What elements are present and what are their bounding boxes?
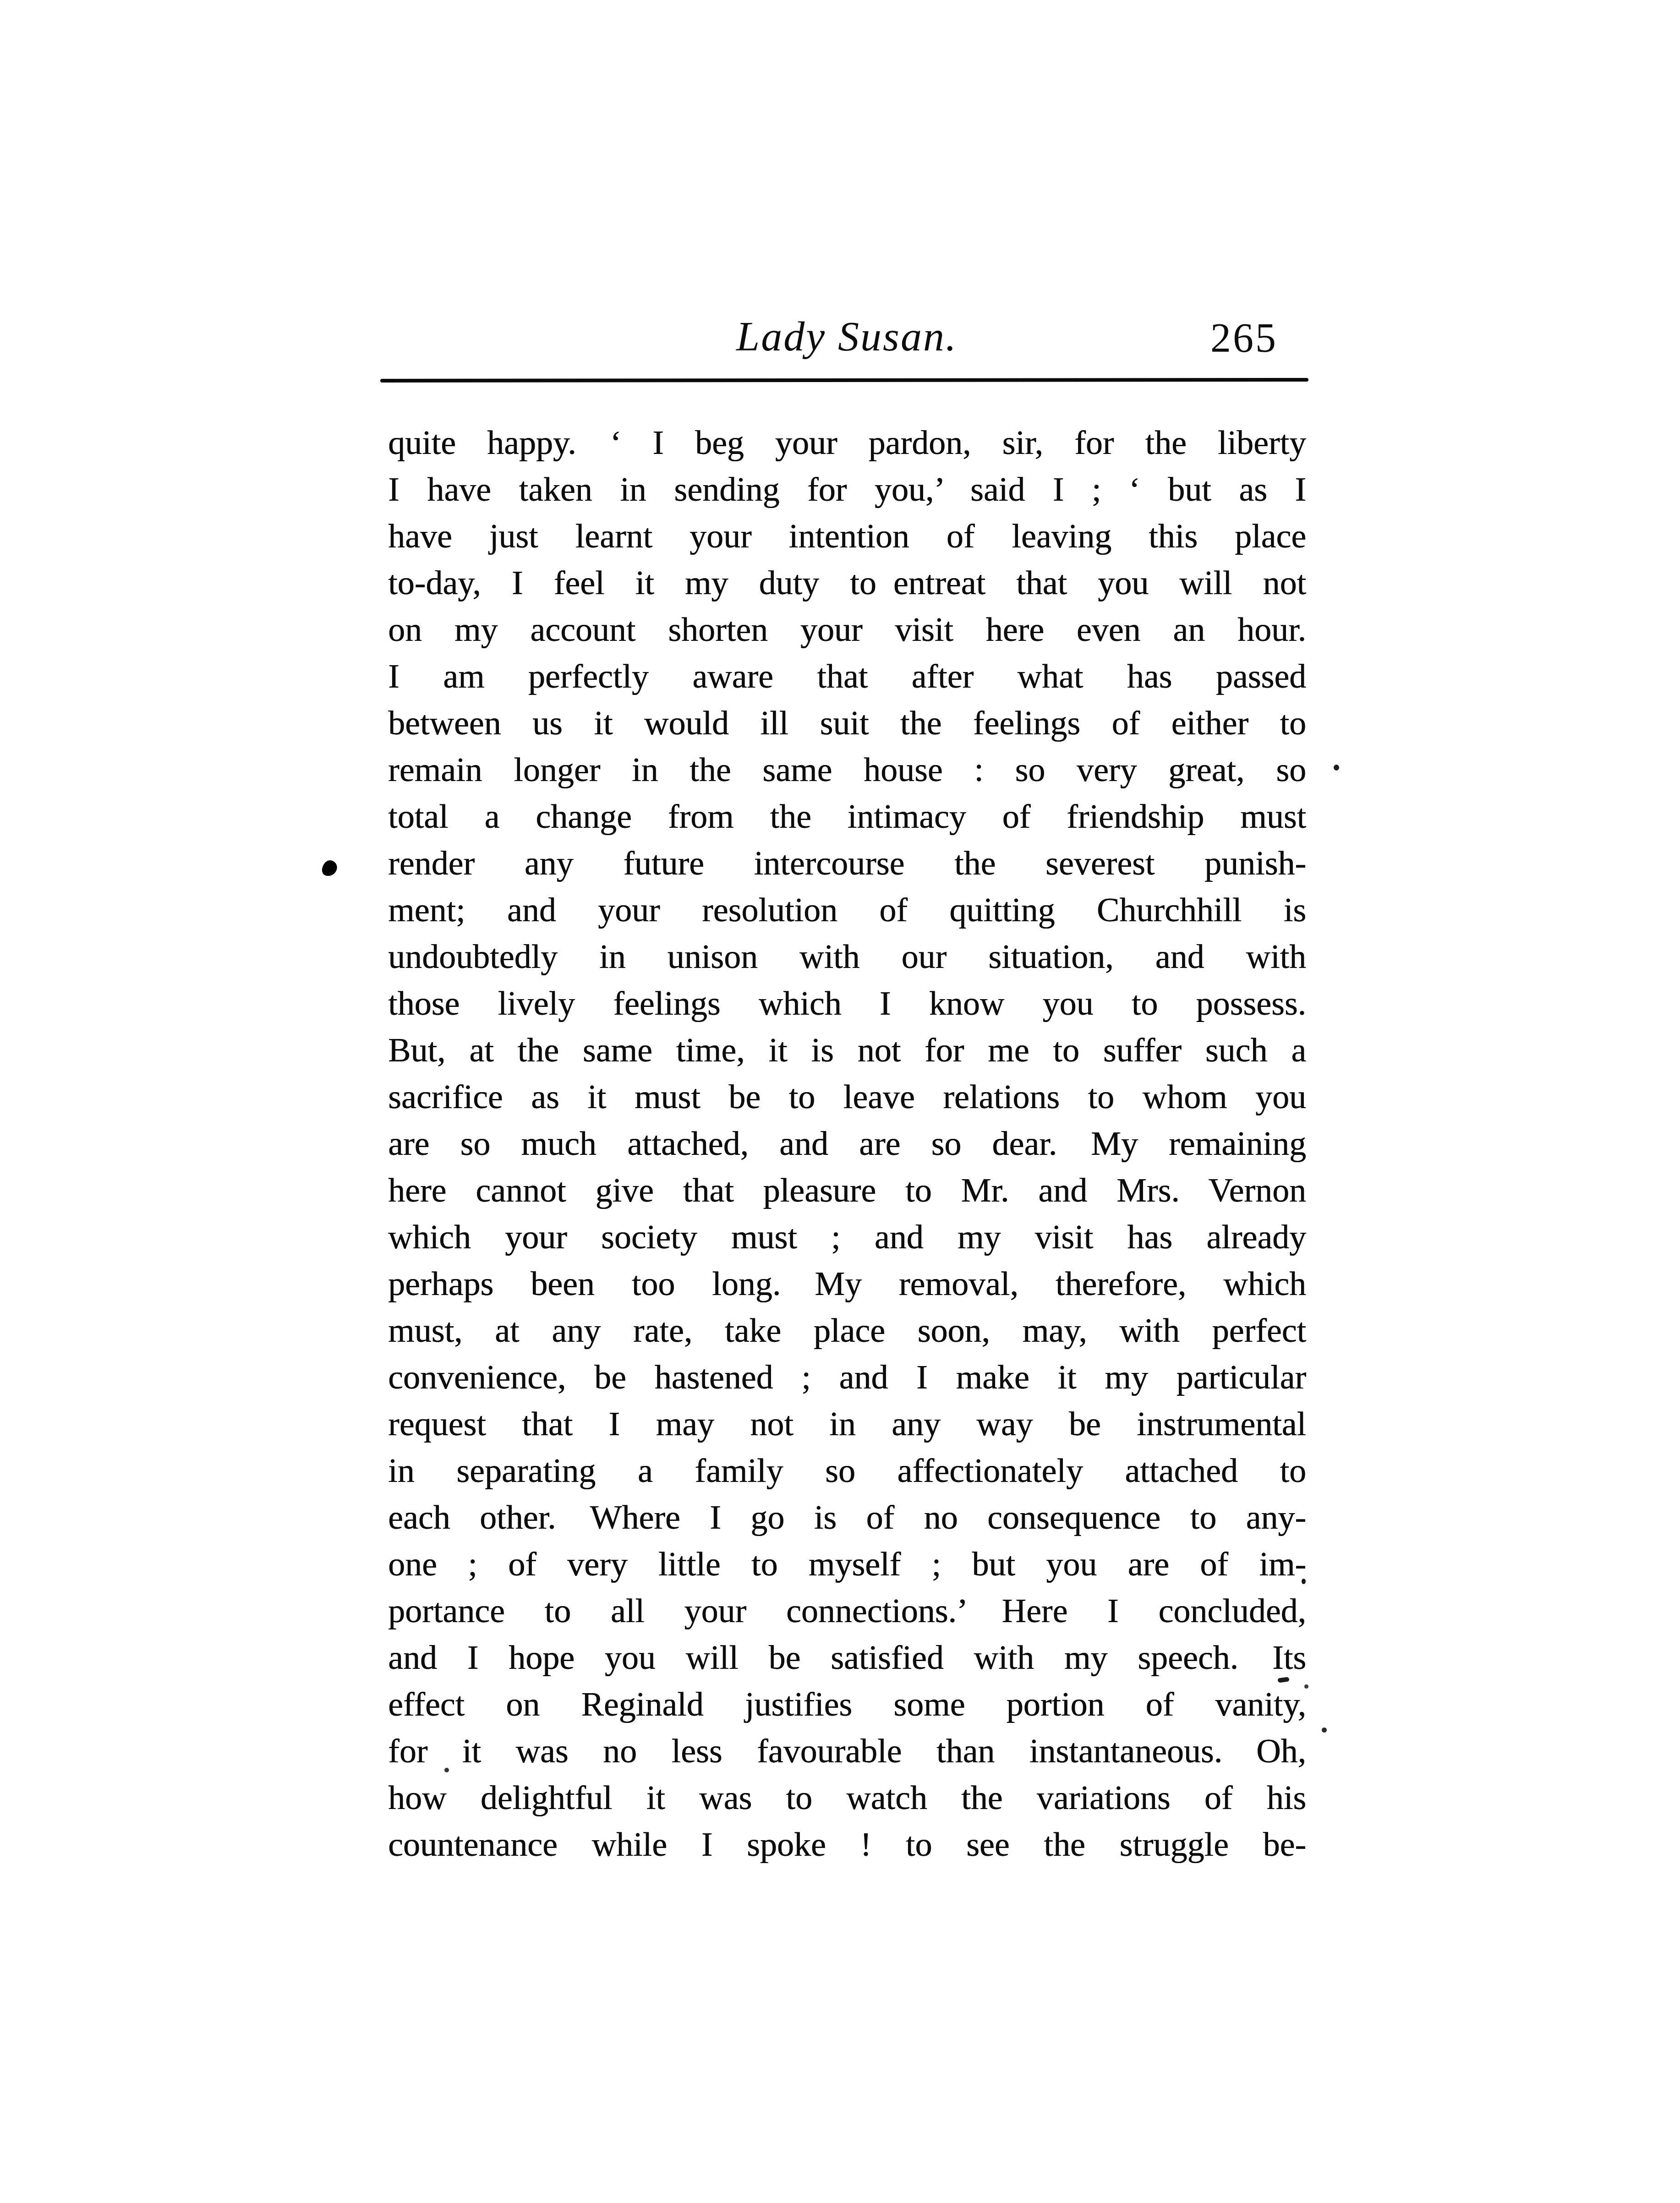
text-line: undoubtedly in unison with our situation… bbox=[388, 934, 1306, 980]
ink-speck bbox=[1302, 1579, 1306, 1584]
ink-speck bbox=[1322, 1727, 1327, 1733]
text-line: have just learnt your intention of leavi… bbox=[388, 513, 1306, 560]
text-line: perhaps been too long. My removal, there… bbox=[388, 1261, 1306, 1307]
text-line: are so much attached, and are so dear. M… bbox=[388, 1121, 1306, 1167]
text-line: here cannot give that pleasure to Mr. an… bbox=[388, 1167, 1306, 1214]
text-line: between us it would ill suit the feeling… bbox=[388, 700, 1306, 747]
text-line: must, at any rate, take place soon, may,… bbox=[388, 1307, 1306, 1354]
text-line: remain longer in the same house : so ver… bbox=[388, 747, 1306, 793]
body-text: quite happy. ‘ I beg your pardon, sir, f… bbox=[388, 420, 1306, 1868]
text-line: convenience, be hastened ; and I make it… bbox=[388, 1354, 1306, 1401]
text-line: I have taken in sending for you,’ said I… bbox=[388, 466, 1306, 513]
text-line: one ; of very little to myself ; but you… bbox=[388, 1541, 1306, 1588]
ink-speck bbox=[1304, 1684, 1308, 1689]
text-line: for it was no less favourable than insta… bbox=[388, 1728, 1306, 1775]
text-line: which your society must ; and my visit h… bbox=[388, 1214, 1306, 1261]
text-line: to-day, I feel it my duty to entreat tha… bbox=[388, 560, 1306, 607]
ink-blot bbox=[320, 858, 339, 878]
text-line: request that I may not in any way be ins… bbox=[388, 1401, 1306, 1448]
running-title: Lady Susan. bbox=[388, 315, 1306, 357]
text-line: those lively feelings which I know you t… bbox=[388, 980, 1306, 1027]
text-line: portance to all your connections.’ Here … bbox=[388, 1588, 1306, 1634]
text-line: countenance while I spoke ! to see the s… bbox=[388, 1821, 1306, 1868]
text-line: each other. Where I go is of no conseque… bbox=[388, 1494, 1306, 1541]
ink-speck bbox=[1334, 765, 1339, 771]
header-rule bbox=[380, 378, 1308, 383]
text-line: I am perfectly aware that after what has… bbox=[388, 653, 1306, 700]
text-line: how delightful it was to watch the varia… bbox=[388, 1775, 1306, 1821]
text-line: and I hope you will be satisfied with my… bbox=[388, 1634, 1306, 1681]
book-page: Lady Susan. 265 quite happy. ‘ I beg you… bbox=[0, 0, 1680, 2203]
ink-speck bbox=[444, 1768, 449, 1772]
text-line: But, at the same time, it is not for me … bbox=[388, 1027, 1306, 1074]
page-number: 265 bbox=[1210, 318, 1278, 359]
text-line: effect on Reginald justifies some portio… bbox=[388, 1681, 1306, 1728]
text-line: render any future intercourse the severe… bbox=[388, 840, 1306, 887]
text-line: on my account shorten your visit here ev… bbox=[388, 607, 1306, 653]
text-line: sacrifice as it must be to leave relatio… bbox=[388, 1074, 1306, 1121]
text-line: quite happy. ‘ I beg your pardon, sir, f… bbox=[388, 420, 1306, 466]
text-line: ment; and your resolution of quitting Ch… bbox=[388, 887, 1306, 934]
text-line: in separating a family so affectionately… bbox=[388, 1448, 1306, 1494]
text-line: total a change from the intimacy of frie… bbox=[388, 793, 1306, 840]
